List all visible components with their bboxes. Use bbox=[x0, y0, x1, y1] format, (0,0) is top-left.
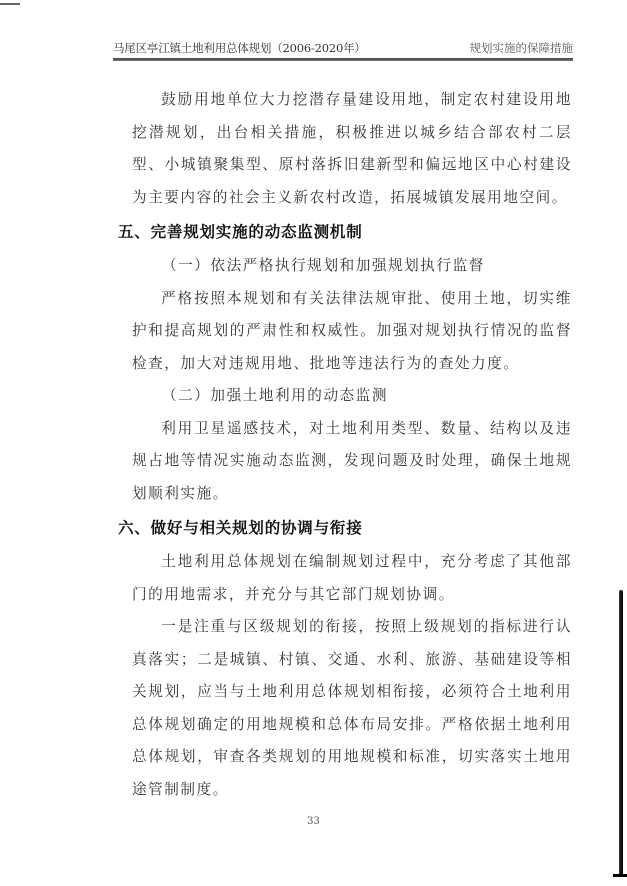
header-rule bbox=[113, 58, 573, 61]
scan-edge-mark bbox=[0, 3, 20, 5]
subsection-heading: （二）加强土地利用的动态监测 bbox=[162, 380, 572, 413]
page-body: 鼓励用地单位大力挖潜存量建设用地，制定农村建设用地挖潜规划，出台相关措施，积极推… bbox=[132, 84, 572, 806]
paragraph: 土地利用总体规划在编制规划过程中，充分考虑了其他部门的用地需求，并充分与其它部门… bbox=[132, 546, 572, 611]
chapter-title: 规划实施的保障措施 bbox=[470, 40, 574, 56]
scan-edge-shadow-foot bbox=[613, 874, 627, 877]
document-title: 马尾区亭江镇土地利用总体规划（2006-2020年） bbox=[113, 40, 366, 56]
paragraph: 一是注重与区级规划的衔接，按照上级规划的指标进行认真落实；二是城镇、村镇、交通、… bbox=[132, 611, 572, 806]
section-heading: 五、完善规划实施的动态监测机制 bbox=[118, 214, 572, 250]
page-header: 马尾区亭江镇土地利用总体规划（2006-2020年） 规划实施的保障措施 bbox=[113, 40, 573, 60]
paragraph: 利用卫星遥感技术，对土地利用类型、数量、结构以及违规占地等情况实施动态监测，发现… bbox=[132, 413, 572, 511]
page-number: 33 bbox=[0, 816, 627, 827]
scan-edge-shadow bbox=[619, 590, 623, 876]
subsection-heading: （一）依法严格执行规划和加强规划执行监督 bbox=[162, 250, 572, 283]
paragraph: 严格按照本规划和有关法律法规审批、使用土地，切实维护和提高规划的严肃性和权威性。… bbox=[132, 283, 572, 381]
paragraph: 鼓励用地单位大力挖潜存量建设用地，制定农村建设用地挖潜规划，出台相关措施，积极推… bbox=[132, 84, 572, 214]
section-heading: 六、做好与相关规划的协调与衔接 bbox=[118, 510, 572, 546]
